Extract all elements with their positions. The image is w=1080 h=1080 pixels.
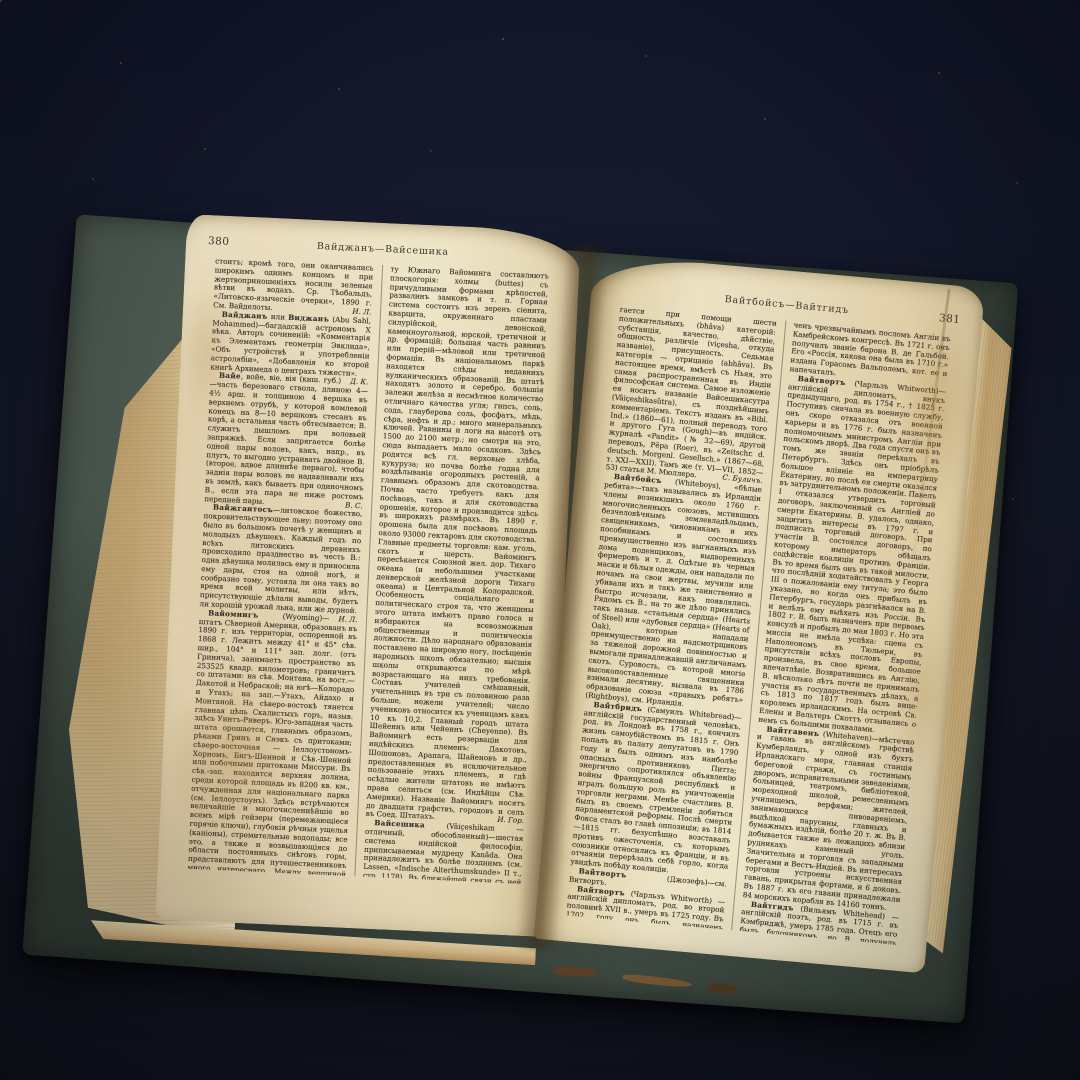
body-text: гается при помощи шести положительныхъ (… — [605, 305, 777, 480]
body-text: (Чарльзъ Whitworth) — англійскій диплома… — [558, 888, 726, 930]
text-paragraph: Вайтбридъ (Самуилъ Whitebread)—англійскі… — [570, 700, 742, 880]
text-paragraph: гается при помощи шести положительныхъ (… — [605, 306, 777, 486]
body-text: ту Южнаго Вайоминга составляютъ плоского… — [366, 265, 549, 821]
open-book: 380 Вайджанъ—Вайсешика стоитъ; кромѣ тог… — [0, 182, 1054, 1064]
body-text: , войе, віе, вія (киш. губ.)—часть берез… — [204, 372, 368, 505]
text-paragraph: Вайтвортъ (Чарльзъ Whitworth)—англійскій… — [758, 374, 946, 738]
body-text: (Whitehaven)—мѣстечко и гавань въ англій… — [742, 729, 915, 912]
text-paragraph: Вайджанъ или Виджанъ (Abu Sahl, Mohammed… — [210, 310, 371, 379]
body-text: (Чарльзъ Whitworth)—англійскій дипломатъ… — [758, 378, 946, 734]
text-column: ту Южнаго Вайоминга составляютъ плоского… — [354, 265, 557, 884]
text-column: стоитъ; кромѣ того, они оканчивались шир… — [180, 257, 382, 876]
text-paragraph: Вайе, войе, віе, вія (киш. губ.)—часть б… — [204, 372, 368, 511]
body-text: (Вильямъ Whitehead) — англійскій поэтъ, … — [736, 903, 899, 945]
left-page: 380 Вайджанъ—Вайсешика стоитъ; кромѣ тог… — [155, 214, 581, 937]
dust-specks — [0, 0, 2, 2]
header-spacer — [512, 258, 558, 260]
text-paragraph: Вайтбойсъ (Whiteboys), «бѣлые ребята»—та… — [585, 472, 762, 714]
body-text: (Самуилъ Whitebread)—англійскій государс… — [570, 704, 742, 874]
page-number-right: 381 — [914, 302, 962, 326]
text-paragraph: ту Южнаго Вайоминга составляютъ плоского… — [366, 265, 549, 826]
text-paragraph: Вайсешика (Vâiçeshikam — отличный, обосо… — [357, 819, 524, 884]
text-paragraph: Вайжгантосъ—литовское божество, покровит… — [199, 503, 362, 616]
text-paragraph: Вайомингъ (Wyoming)—штатъ Сѣверной Амери… — [184, 609, 358, 876]
body-text: (Abu Sahl, Mohammed)—багдадскій астроном… — [210, 314, 371, 377]
body-text: (Wyoming)—штатъ Сѣверной Америки, образо… — [184, 611, 357, 877]
text-paragraph: Вайтгавенъ (Whitehaven)—мѣстечко и гаван… — [742, 724, 915, 913]
right-page: Вайтбойсъ—Вайтгидъ 381 гается при помощи… — [534, 253, 986, 973]
page-number-left: 380 — [208, 235, 254, 249]
worn-spine-fragment — [553, 966, 599, 976]
body-text: стоитъ; кромѣ того, они оканчивались шир… — [213, 257, 374, 312]
body-text: (Whiteboys), «бѣлые ребята»—такъ называл… — [585, 476, 762, 708]
body-text: —литовское божество, покровительствующее… — [199, 506, 362, 616]
text-paragraph: стоитъ; кромѣ того, они оканчивались шир… — [213, 257, 374, 317]
body-text: (Vâiçeshikam — отличный, обособленный)—ш… — [357, 821, 524, 885]
